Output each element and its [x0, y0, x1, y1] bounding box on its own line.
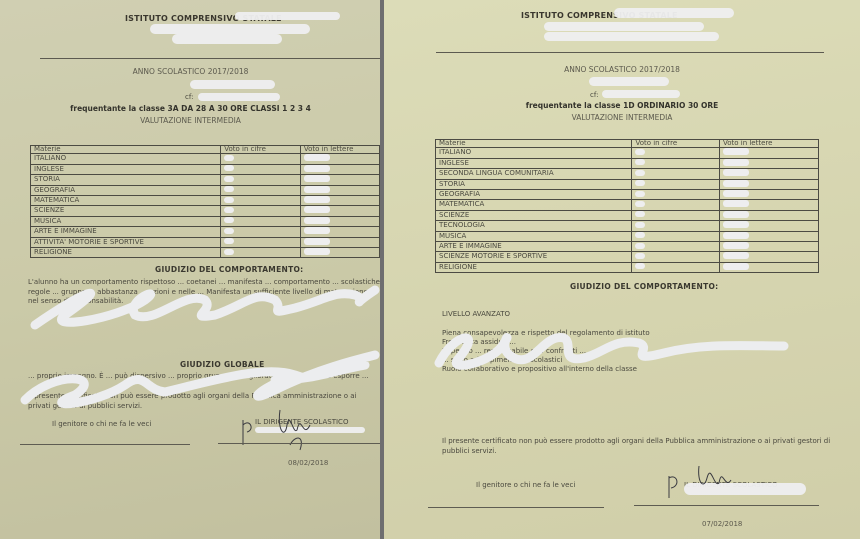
redaction [304, 196, 330, 203]
cf-label: cf: [590, 91, 598, 99]
redaction [304, 248, 330, 255]
redaction [614, 8, 734, 18]
grades-table: MaterieVoto in cifreVoto in lettereITALI… [30, 145, 380, 258]
parent-label: Il genitore o chi ne fa le veci [476, 481, 575, 489]
table-row: INGLESE [436, 158, 819, 168]
subject-name: RELIGIONE [31, 248, 221, 258]
table-row: STORIA [31, 175, 380, 185]
student-name-redaction [589, 77, 669, 86]
redaction [304, 175, 330, 182]
subject-name: SCIENZE [436, 210, 632, 220]
column-header: Voto in cifre [221, 146, 301, 154]
redaction [723, 232, 749, 239]
grade-number-redacted [221, 248, 301, 258]
table-row: ARTE E IMMAGINE [436, 242, 819, 252]
redaction [635, 149, 645, 155]
table-row: SCIENZE MOTORIE E SPORTIVE [436, 252, 819, 262]
grade-words-redacted [719, 179, 818, 189]
grade-number-redacted [632, 169, 720, 179]
subject-name: SCIENZE [31, 206, 221, 216]
redaction [224, 165, 234, 171]
grade-words-redacted [300, 196, 379, 206]
redaction [723, 252, 749, 259]
grade-number-redacted [221, 216, 301, 226]
grade-words-redacted [300, 248, 379, 258]
redaction [635, 243, 645, 249]
subject-name: ITALIANO [31, 154, 221, 164]
grade-words-redacted [300, 185, 379, 195]
school-year: ANNO SCOLASTICO 2017/2018 [0, 67, 381, 76]
table-row: RELIGIONE [436, 262, 819, 272]
grade-words-redacted [300, 175, 379, 185]
column-header: Voto in lettere [300, 146, 379, 154]
subject-name: STORIA [31, 175, 221, 185]
redaction [304, 217, 330, 224]
grade-number-redacted [221, 164, 301, 174]
redaction [723, 190, 749, 197]
cf-redaction [198, 93, 280, 101]
header-divider [40, 58, 380, 59]
redaction [635, 159, 645, 165]
column-header: Materie [436, 140, 632, 148]
grade-words-redacted [719, 262, 818, 272]
parent-signature-line [20, 444, 190, 445]
subject-name: STORIA [436, 179, 632, 189]
grade-number-redacted [632, 190, 720, 200]
parent-signature-line [428, 507, 604, 508]
class-line: frequentante la classe 3A DA 28 A 30 ORE… [0, 104, 381, 113]
redaction [224, 238, 234, 244]
redaction [304, 227, 330, 234]
table-row: SCIENZE [31, 206, 380, 216]
table-row: SECONDA LINGUA COMUNITARIA [436, 169, 819, 179]
table-row: INGLESE [31, 164, 380, 174]
signature [235, 400, 345, 455]
subject-name: ARTE E IMMAGINE [31, 227, 221, 237]
school-year: ANNO SCOLASTICO 2017/2018 [384, 65, 860, 74]
subject-name: SECONDA LINGUA COMUNITARIA [436, 169, 632, 179]
table-row: MATEMATICA [436, 200, 819, 210]
class-line: frequentante la classe 1D ORDINARIO 30 O… [384, 101, 860, 110]
redaction [304, 206, 330, 213]
column-header: Materie [31, 146, 221, 154]
subject-name: MATEMATICA [436, 200, 632, 210]
subject-name: MUSICA [436, 231, 632, 241]
redaction [544, 22, 704, 31]
subject-name: ATTIVITA' MOTORIE E SPORTIVE [31, 237, 221, 247]
grade-number-redacted [221, 154, 301, 164]
grade-number-redacted [632, 231, 720, 241]
redaction [224, 176, 234, 182]
certificate-notice: Il presente certificato non può essere p… [442, 437, 852, 456]
table-row: ARTE E IMMAGINE [31, 227, 380, 237]
redaction [224, 155, 234, 161]
scribble-redaction [25, 270, 381, 340]
redaction [723, 221, 749, 228]
grade-words-redacted [719, 210, 818, 220]
grade-number-redacted [632, 179, 720, 189]
cf-label: cf: [185, 93, 193, 101]
subject-name: INGLESE [436, 158, 632, 168]
grade-words-redacted [300, 206, 379, 216]
redaction [635, 222, 645, 228]
grade-number-redacted [632, 210, 720, 220]
student-name-redaction [190, 80, 275, 89]
table-row: ATTIVITA' MOTORIE E SPORTIVE [31, 237, 380, 247]
grade-number-redacted [221, 185, 301, 195]
evaluation-type: VALUTAZIONE INTERMEDIA [0, 116, 381, 125]
issue-date: 08/02/2018 [288, 459, 328, 467]
grade-words-redacted [719, 242, 818, 252]
column-header: Voto in lettere [719, 140, 818, 148]
table-row: STORIA [436, 179, 819, 189]
grade-number-redacted [221, 237, 301, 247]
table-row: MATEMATICA [31, 196, 380, 206]
subject-name: ITALIANO [436, 148, 632, 158]
report-card-left: ISTITUTO COMPRENSIVO STATALE ANNO SCOLAS… [0, 0, 381, 539]
grade-words-redacted [300, 154, 379, 164]
table-row: MUSICA [436, 231, 819, 241]
grade-words-redacted [300, 237, 379, 247]
grade-words-redacted [300, 227, 379, 237]
redaction [723, 159, 749, 166]
grade-number-redacted [632, 242, 720, 252]
principal-signature-line [634, 505, 819, 506]
subject-name: SCIENZE MOTORIE E SPORTIVE [436, 252, 632, 262]
subject-name: RELIGIONE [436, 262, 632, 272]
grade-words-redacted [719, 252, 818, 262]
table-row: MUSICA [31, 216, 380, 226]
redaction [635, 170, 645, 176]
parent-label: Il genitore o chi ne fa le veci [52, 420, 151, 428]
table-row: ITALIANO [436, 148, 819, 158]
grade-number-redacted [221, 196, 301, 206]
table-row: GEOGRAFIA [31, 185, 380, 195]
subject-name: MATEMATICA [31, 196, 221, 206]
redaction [723, 242, 749, 249]
grade-words-redacted [719, 200, 818, 210]
report-card-right: ISTITUTO COMPRENSIVO STATALE ANNO SCOLAS… [384, 0, 860, 539]
redaction [235, 12, 340, 20]
redaction [224, 249, 234, 255]
redaction [635, 211, 645, 217]
redaction [635, 191, 645, 197]
redaction [304, 165, 330, 172]
behaviour-title: GIUDIZIO DEL COMPORTAMENTO: [570, 282, 718, 291]
grade-words-redacted [300, 216, 379, 226]
grade-number-redacted [632, 200, 720, 210]
redaction [224, 207, 234, 213]
redaction [544, 32, 719, 41]
grades-table: MaterieVoto in cifreVoto in lettereITALI… [435, 139, 819, 273]
subject-name: INGLESE [31, 164, 221, 174]
redaction [635, 253, 645, 259]
subject-name: GEOGRAFIA [31, 185, 221, 195]
header-divider [436, 52, 824, 53]
redaction [172, 34, 282, 44]
grade-words-redacted [300, 164, 379, 174]
grade-words-redacted [719, 169, 818, 179]
table-row: SCIENZE [436, 210, 819, 220]
redaction [723, 148, 749, 155]
grade-words-redacted [719, 158, 818, 168]
redaction [224, 197, 234, 203]
subject-name: GEOGRAFIA [436, 190, 632, 200]
redaction [635, 263, 645, 269]
table-row: RELIGIONE [31, 248, 380, 258]
redaction [723, 180, 749, 187]
grade-words-redacted [719, 221, 818, 231]
redaction [723, 200, 749, 207]
grade-words-redacted [719, 231, 818, 241]
redaction [304, 238, 330, 245]
grade-words-redacted [719, 190, 818, 200]
table-row: GEOGRAFIA [436, 190, 819, 200]
grade-number-redacted [221, 227, 301, 237]
table-row: ITALIANO [31, 154, 380, 164]
subject-name: TECNOLOGIA [436, 221, 632, 231]
redaction [723, 211, 749, 218]
redaction [150, 24, 310, 34]
table-header-row: MaterieVoto in cifreVoto in lettere [31, 146, 380, 154]
grade-number-redacted [632, 148, 720, 158]
grade-number-redacted [632, 262, 720, 272]
redaction [304, 186, 330, 193]
redaction [723, 263, 749, 270]
grade-words-redacted [719, 148, 818, 158]
subject-name: ARTE E IMMAGINE [436, 242, 632, 252]
redaction [224, 228, 234, 234]
subject-name: MUSICA [31, 216, 221, 226]
table-header-row: MaterieVoto in cifreVoto in lettere [436, 140, 819, 148]
issue-date: 07/02/2018 [702, 520, 742, 528]
grade-number-redacted [632, 158, 720, 168]
redaction [723, 169, 749, 176]
signature [659, 458, 759, 503]
table-row: TECNOLOGIA [436, 221, 819, 231]
cf-redaction [602, 90, 680, 98]
grade-number-redacted [221, 175, 301, 185]
grade-number-redacted [632, 221, 720, 231]
grade-number-redacted [632, 252, 720, 262]
column-header: Voto in cifre [632, 140, 720, 148]
principal-signature-line [218, 443, 381, 444]
redaction [224, 217, 234, 223]
redaction [224, 186, 234, 192]
redaction [304, 154, 330, 161]
scribble-redaction [424, 318, 794, 378]
redaction [635, 180, 645, 186]
evaluation-type: VALUTAZIONE INTERMEDIA [384, 113, 860, 122]
redaction [635, 232, 645, 238]
grade-number-redacted [221, 206, 301, 216]
redaction [635, 201, 645, 207]
